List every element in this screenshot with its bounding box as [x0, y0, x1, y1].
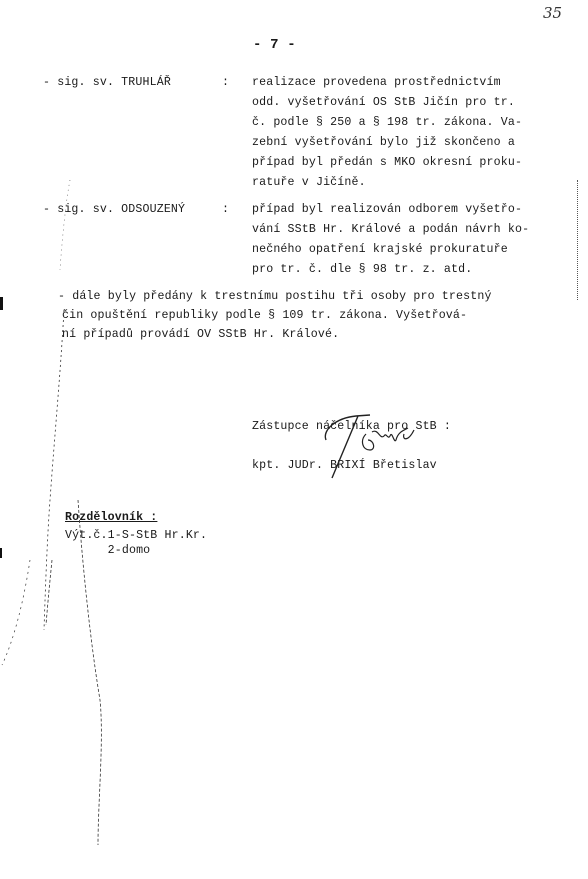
scan-artifact-lines	[0, 0, 588, 879]
document-page: 35 - 7 - - sig. sv. TRUHLÁŘ : realizace …	[0, 0, 588, 879]
